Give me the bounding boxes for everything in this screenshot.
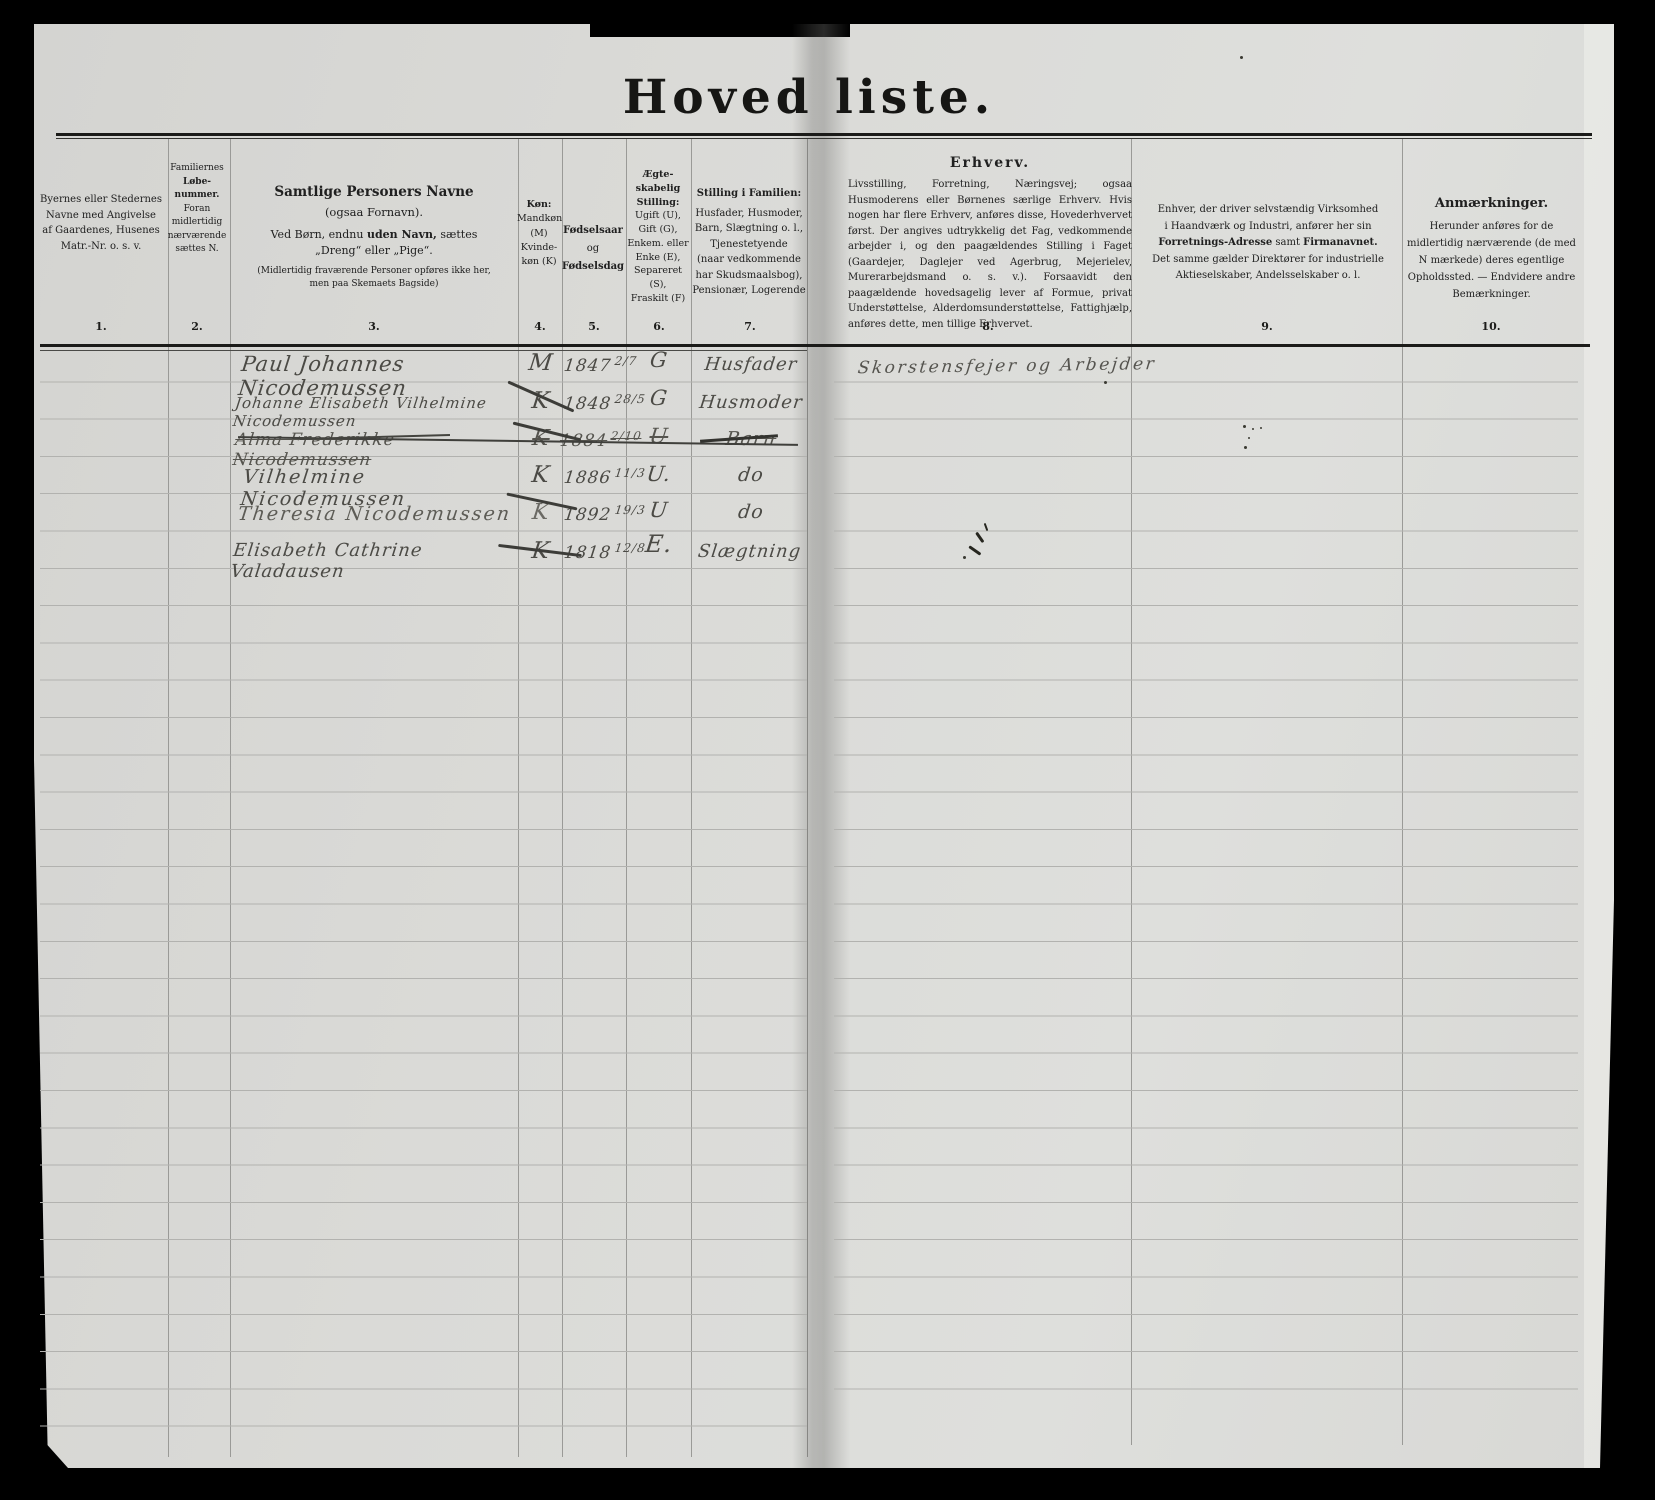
column-header-2: Familiernes Løbe- nummer. Foran midlerti… <box>166 162 228 257</box>
title-rule-thin <box>56 138 1592 139</box>
entry-4-birth: 188611/3 <box>563 466 628 488</box>
entry-5-name: Theresia Nicodemussen <box>237 503 525 525</box>
entry-5-status: U <box>629 498 690 522</box>
col9-line2: i Haandværk og Industri, anfører her sin <box>1134 219 1402 236</box>
speckle-7 <box>1240 56 1243 59</box>
divider-col7-fold <box>807 139 808 1457</box>
entry-1-family: Husfader <box>695 354 808 375</box>
col6-title: Ægte- skabelig Stilling: <box>626 168 690 209</box>
entry-5-family: do <box>695 501 808 523</box>
entry-4-status: U. <box>629 462 690 486</box>
column-header-9: Enhver, der driver selvstændig Virksomhe… <box>1134 202 1402 285</box>
column-number-5: 5. <box>572 320 616 333</box>
col2-bold: Løbe- nummer. <box>166 176 228 203</box>
column-number-8: 8. <box>966 320 1010 333</box>
column-header-1: Byernes eller Stedernes Navne med Angive… <box>36 192 166 254</box>
speckle-4 <box>1248 437 1250 439</box>
col10-text: Herunder anføres for de midlertidig nærv… <box>1404 218 1579 303</box>
entry-2-status: G <box>629 386 690 410</box>
entry-6-family: Slægtning <box>697 541 815 562</box>
col5-line1: Fødselsaar <box>560 222 626 240</box>
entry-1-birth: 18472/7 <box>563 354 628 376</box>
col8-title: Erhverv. <box>848 155 1132 171</box>
speckle-3 <box>1260 427 1262 429</box>
column-header-4: Køn: Mandkøn (M) Kvinde- køn (K) <box>517 198 561 269</box>
column-number-1: 1. <box>79 320 123 333</box>
col4-text: Mandkøn (M) Kvinde- køn (K) <box>517 212 561 269</box>
speckle-1 <box>1243 425 1246 428</box>
col5-line3: Fødselsdag <box>560 258 626 276</box>
speckle-6 <box>1104 381 1107 384</box>
entry-6-name: Elisabeth Cathrine Valadausen <box>229 540 539 582</box>
column-number-6: 6. <box>637 320 681 333</box>
col9-line1: Enhver, der driver selvstændig Virksomhe… <box>1134 202 1402 219</box>
column-number-3: 3. <box>352 320 396 333</box>
column-number-4: 4. <box>518 320 562 333</box>
scanned-census-sheet: Hoved liste. Byernes eller Stedernes Nav… <box>0 0 1655 1500</box>
col2-rest: Foran midlertidig nærværende sættes N. <box>166 203 228 257</box>
entry-2-family: Husmoder <box>695 392 808 413</box>
col9-line3: Forretnings-Adresse samt Firmanavnet. <box>1134 235 1402 252</box>
col7-title: Stilling i Familien: <box>692 186 806 202</box>
speckle-5 <box>1244 446 1247 449</box>
page-title: Hoved liste. <box>584 70 1034 125</box>
column-number-10: 10. <box>1469 320 1513 333</box>
col5-line2: og <box>560 240 626 258</box>
col3-subtitle: (ogsaa Fornavn). <box>234 205 514 219</box>
column-header-7: Stilling i Familien: Husfader, Husmoder,… <box>692 186 806 299</box>
entry-2-name: Johanne Elisabeth Vilhelmine Nicodemusse… <box>232 394 541 430</box>
column-number-9: 9. <box>1245 320 1289 333</box>
entry-3-status: U <box>629 424 690 448</box>
column-header-3: Samtlige Personers Navne (ogsaa Fornavn)… <box>234 184 514 290</box>
col2-top: Familiernes <box>166 162 228 176</box>
col8-text: Livsstilling, Forretning, Næringsvej; og… <box>848 177 1132 332</box>
row-grid-right <box>834 345 1578 1425</box>
entry-4-sex: K <box>519 462 562 488</box>
column-header-5: Fødselsaar og Fødselsdag <box>560 222 626 276</box>
title-rule-thick <box>56 133 1592 136</box>
col10-title: Anmærkninger. <box>1404 196 1579 211</box>
entry-1-status: G <box>629 348 690 372</box>
col3-note: Ved Børn, endnu uden Navn, sættes <box>234 228 514 241</box>
column-header-10: Anmærkninger. Herunder anføres for de mi… <box>1404 196 1579 303</box>
entry-4-family: do <box>695 464 808 486</box>
entry-1-sex: M <box>519 350 562 376</box>
col3-title: Samtlige Personers Navne <box>234 184 514 200</box>
column-number-2: 2. <box>175 320 219 333</box>
col9-line5: Aktieselskaber, Andelsselskaber o. l. <box>1134 268 1402 285</box>
col3-note-line2: „Dreng“ eller „Pige“. <box>234 244 514 257</box>
col9-line4: Det samme gælder Direktører for industri… <box>1134 252 1402 269</box>
col6-text: Ugift (U), Gift (G), Enkem. eller Enke (… <box>626 209 690 305</box>
col4-title: Køn: <box>517 198 561 212</box>
entry-6-status: E. <box>628 530 689 558</box>
speckle-2 <box>1252 428 1254 430</box>
col3-small-note: (Midlertidig fraværende Personer opføres… <box>234 265 514 290</box>
entry-1-name: Paul Johannes Nicodemussen <box>237 352 538 400</box>
column-header-8: Erhverv. Livsstilling, Forretning, Nærin… <box>848 155 1132 332</box>
col7-text: Husfader, Husmoder, Barn, Slægtning o. l… <box>692 206 806 299</box>
ink-blot-dot <box>963 556 966 559</box>
column-number-7: 7. <box>728 320 772 333</box>
column-header-6: Ægte- skabelig Stilling: Ugift (U), Gift… <box>626 168 690 306</box>
